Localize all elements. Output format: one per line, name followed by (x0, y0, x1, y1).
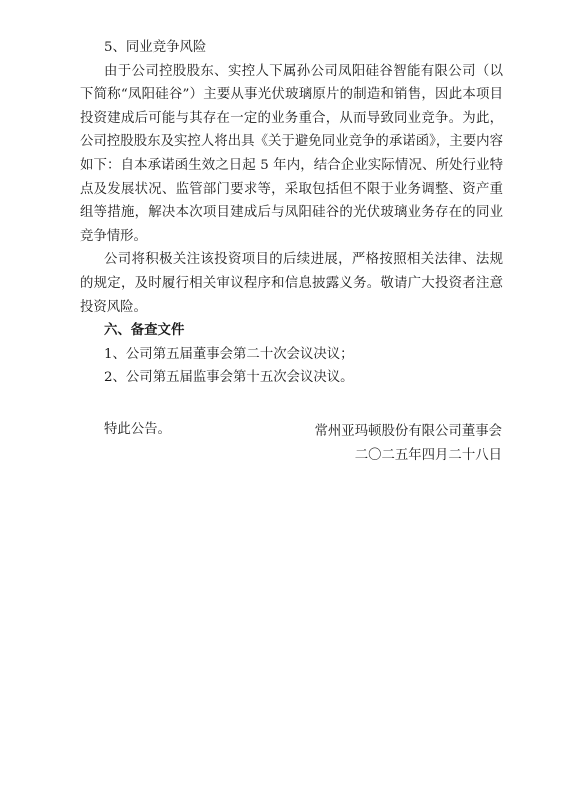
document-body: 5、同业竞争风险 由于公司控股股东、实控人下属孙公司凤阳硅谷智能有限公司（以下简… (80, 36, 503, 442)
document-page: 5、同业竞争风险 由于公司控股股东、实控人下属孙公司凤阳硅谷智能有限公司（以下简… (0, 0, 568, 803)
signature-block: 常州亚玛顿股份有限公司董事会 二〇二五年四月二十八日 (315, 420, 502, 468)
paragraph-investment-risk-notice: 公司将积极关注该投资项目的后续进展，严格按照相关法律、法规的规定，及时履行相关审… (80, 248, 503, 319)
signature-date: 二〇二五年四月二十八日 (315, 444, 502, 468)
reference-document-item: 1、公司第五届董事会第二十次会议决议； (80, 343, 503, 367)
section-heading-competition-risk: 5、同业竞争风险 (80, 36, 503, 60)
section-heading-reference-documents: 六、备查文件 (80, 319, 503, 343)
paragraph-competition-risk: 由于公司控股股东、实控人下属孙公司凤阳硅谷智能有限公司（以下简称“凤阳硅谷”）主… (80, 60, 503, 249)
reference-document-item: 2、公司第五届监事会第十五次会议决议。 (80, 366, 503, 390)
signature-organization: 常州亚玛顿股份有限公司董事会 (315, 420, 502, 444)
